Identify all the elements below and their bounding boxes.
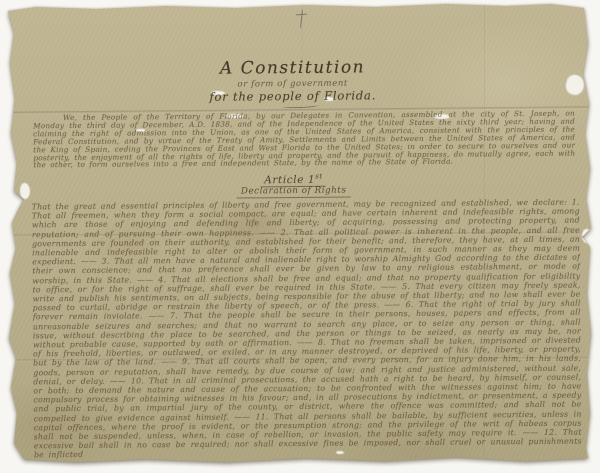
article-heading-ordinal: st [315,172,323,180]
paper-shadow: A Constitution or form of government for… [0,0,600,473]
declaration-body-text: That the great and essential principles … [32,198,582,465]
document-photo: A Constitution or form of government for… [0,0,600,473]
parchment-page: A Constitution or form of government for… [6,3,592,465]
article-heading-text: Article 1 [264,173,315,185]
declaration-heading-text: Declaration of Rights [237,186,351,198]
title-flourish [283,103,319,109]
preamble-text: We, the People of the Territory of Flori… [33,110,576,177]
handwritten-ink-layer: A Constitution or form of government for… [4,0,594,467]
